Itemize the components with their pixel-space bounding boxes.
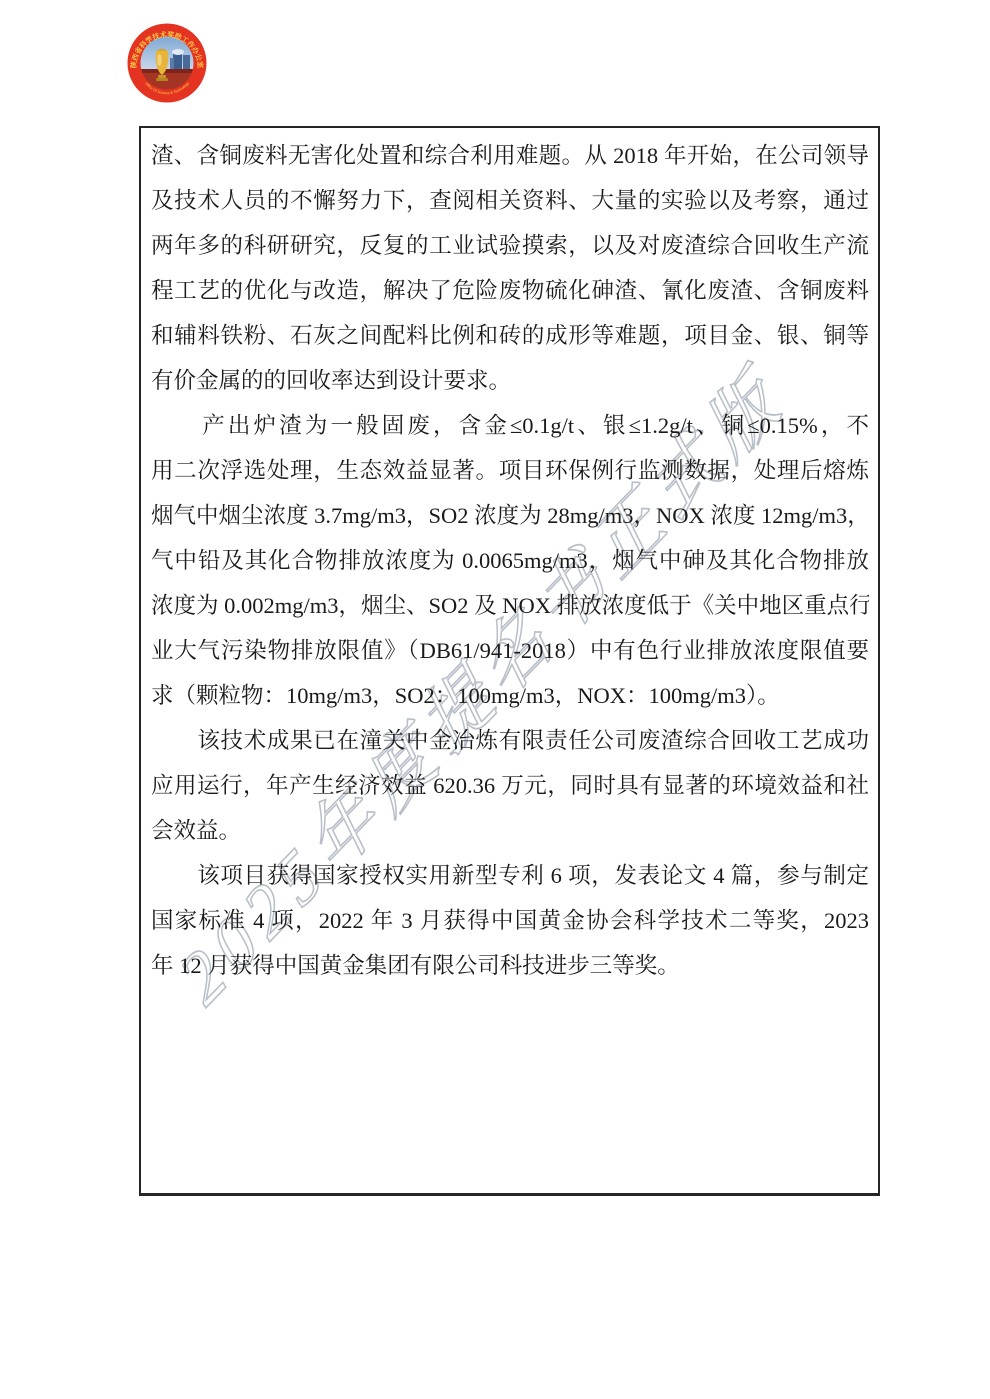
text-line: 气中铅及其化合物排放浓度为 0.0065mg/m3，烟气中砷及其化合物排放 xyxy=(151,538,869,583)
text-line: 求（颗粒物：10mg/m3，SO2：100mg/m3，NOX：100mg/m3）… xyxy=(151,673,869,718)
page-root: { "logo": { "ring_text_top": "陕西省科学技术奖励工… xyxy=(0,0,990,1399)
text-line: 应用运行，年产生经济效益 620.36 万元，同时具有显著的环境效益和社 xyxy=(151,763,869,808)
text-line: 产出炉渣为一般固废，含金≤0.1g/t、银≤1.2g/t、铜≤0.15%，不 xyxy=(151,403,869,448)
text-line: 两年多的科研研究，反复的工业试验摸索，以及对废渣综合回收生产流 xyxy=(151,223,869,268)
text-line: 该技术成果已在潼关中金冶炼有限责任公司废渣综合回收工艺成功 xyxy=(151,718,869,763)
text-line: 和辅料铁粉、石灰之间配料比例和砖的成形等难题，项目金、银、铜等 xyxy=(151,313,869,358)
org-seal-logo: 陕西省科学技术奖励工作办公室 Office Of Science & Techn… xyxy=(126,21,208,103)
text-line: 国家标准 4 项，2022 年 3 月获得中国黄金协会科学技术二等奖，2023 xyxy=(151,898,869,943)
text-line: 业大气污染物排放限值》（DB61/941-2018）中有色行业排放浓度限值要 xyxy=(151,628,869,673)
text-line: 年 12 月获得中国黄金集团有限公司科技进步三等奖。 xyxy=(151,943,869,988)
seal-icon: 陕西省科学技术奖励工作办公室 Office Of Science & Techn… xyxy=(126,21,208,103)
document-table: 渣、含铜废料无害化处置和综合利用难题。从 2018 年开始，在公司领导 及技术人… xyxy=(139,126,880,1196)
text-line: 及技术人员的不懈努力下，查阅相关资料、大量的实验以及考察，通过 xyxy=(151,178,869,223)
text-line: 浓度为 0.002mg/m3，烟尘、SO2 及 NOX 排放浓度低于《关中地区重… xyxy=(151,583,869,628)
text-line: 渣、含铜废料无害化处置和综合利用难题。从 2018 年开始，在公司领导 xyxy=(151,133,869,178)
text-line: 程工艺的优化与改造，解决了危险废物硫化砷渣、氰化废渣、含铜废料 xyxy=(151,268,869,313)
document-body-text: 渣、含铜废料无害化处置和综合利用难题。从 2018 年开始，在公司领导 及技术人… xyxy=(141,128,878,988)
text-line: 该项目获得国家授权实用新型专利 6 项，发表论文 4 篇，参与制定 xyxy=(151,853,869,898)
text-line: 会效益。 xyxy=(151,808,869,853)
text-line: 有价金属的的回收率达到设计要求。 xyxy=(151,358,869,403)
text-line: 烟气中烟尘浓度 3.7mg/m3，SO2 浓度为 28mg/m3，NOX 浓度 … xyxy=(151,493,869,538)
text-line: 用二次浮选处理，生态效益显著。项目环保例行监测数据，处理后熔炼 xyxy=(151,448,869,493)
